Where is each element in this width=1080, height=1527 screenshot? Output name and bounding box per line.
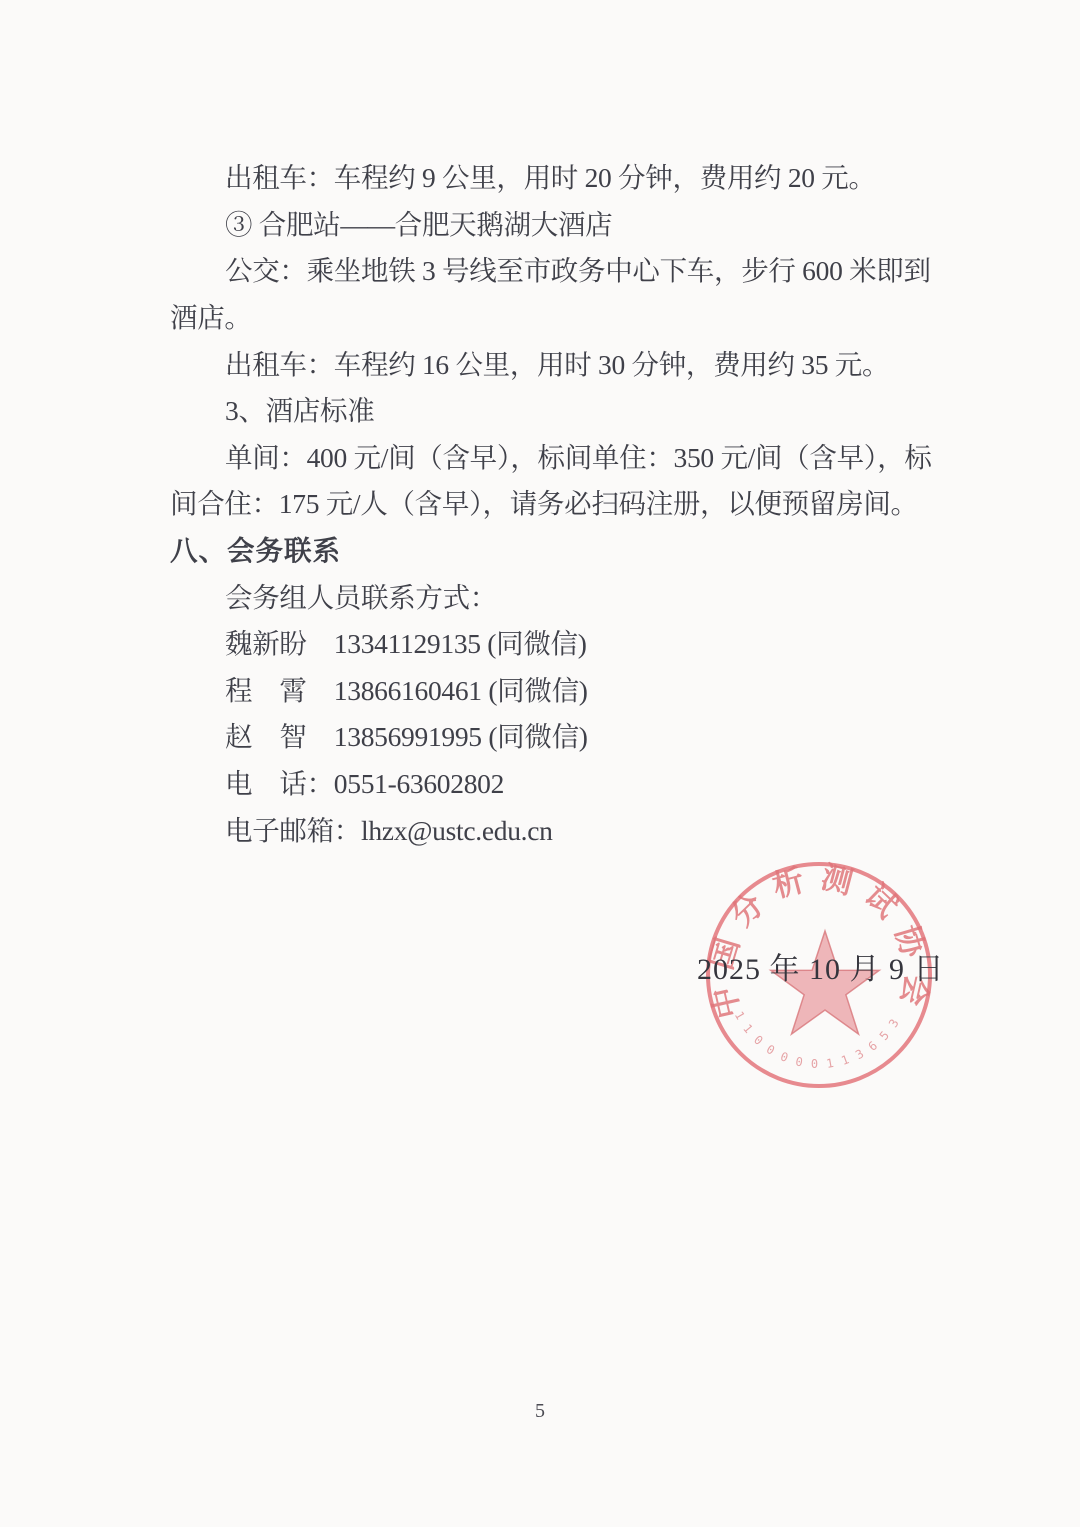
line-taxi-16km: 出租车：车程约 16 公里，用时 30 分钟，费用约 35 元。 [170,338,915,385]
line-room-rates-cont: 间合住：175 元/人（含早），请务必扫码注册，以便预留房间。 [170,478,915,525]
line-contact-intro: 会务组人员联系方式： [170,571,915,618]
document-page: 出租车：车程约 9 公里，用时 20 分钟，费用约 20 元。 ③ 合肥站——合… [0,0,1080,1527]
line-room-rates: 单间：400 元/间（含早），标间单住：350 元/间（含早），标 [170,432,915,479]
line-route3-heading: ③ 合肥站——合肥天鹅湖大酒店 [170,199,915,246]
contact-wei-xinpan: 魏新盼 13341129135 (同微信) [170,618,915,665]
contact-zhao-zhi: 赵 智 13856991995 (同微信) [170,711,915,758]
heading-contact-section: 八、会务联系 [170,525,915,572]
document-body: 出租车：车程约 9 公里，用时 20 分钟，费用约 20 元。 ③ 合肥站——合… [170,152,915,851]
seal-serial-number: 1100000113653 [732,1009,907,1071]
page-number: 5 [0,1400,1080,1423]
line-office-phone: 电 话：0551-63602802 [170,758,915,805]
line-taxi-9km: 出租车：车程约 9 公里，用时 20 分钟，费用约 20 元。 [170,152,915,199]
contact-cheng-xiao: 程 霄 13866160461 (同微信) [170,665,915,712]
line-hotel-standard: 3、酒店标准 [170,385,915,432]
line-bus-metro3-cont: 酒店。 [170,292,915,339]
svg-text:1100000113653: 1100000113653 [732,1009,907,1071]
line-bus-metro3: 公交：乘坐地铁 3 号线至市政务中心下车，步行 600 米即到 [170,245,915,292]
date-line: 2025 年 10 月 9 日 [697,944,945,988]
line-office-email: 电子邮箱：lhzx@ustc.edu.cn [170,804,915,851]
